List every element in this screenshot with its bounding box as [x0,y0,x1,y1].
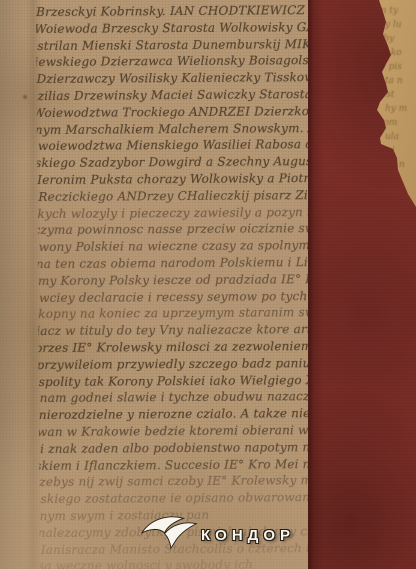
manuscript-line: iacz w tituly do tey Vny naliezacze ktor… [36,321,312,340]
manuscript-line: iewskiego Dzierzawca Wielionsky Boisagol… [36,52,310,71]
manuscript-line: sa weczne wolnosci y swobody ich [38,556,314,569]
manuscript-line: wan w Krakowie bedzie ktoremi obierani w… [37,422,313,441]
manuscript-line: przywileiom przywiedly szczego badz pani… [36,355,312,374]
manuscript-line: Ieronim Puksta chorazy Wolkowisky a Piot… [37,170,311,189]
manuscript-line: Reczickiego ANDrzey CHalieczkij pisarz Z… [38,187,311,206]
manuscript-line: zebys nij zwij samci czoby IE° Krolewsky… [39,472,313,491]
manuscript-line: Woiewodztwa Trockiego ANDRZEI Dzierzko p… [36,103,311,122]
manuscript-line: skiem i Iflanczkiem. Succesio IE° Kro Me… [36,456,313,475]
manuscript-line: skiego Szadzybor Dowgird a Szechny Augus… [36,153,311,172]
kondor-logo: КОНДОР [141,512,295,550]
manuscript-line: kych wlozyly i pieczeczy zawiesily a poz… [37,204,311,223]
red-spine-band [308,0,416,569]
manuscript-line: przes IE° Krolewsky milosci za zezwoleni… [36,338,312,357]
manuscript-line: Woiewoda Brzescky Starosta Wolkowisky GA… [36,19,310,38]
manuscript-line: na ten czas obiema narodom Polskiemu i L… [36,254,312,273]
manuscript-line: skiego zostataczone ie opisano obwarowan… [40,489,313,508]
manuscript-line: spolity tak Korony Polskiei iako Wielgie… [39,372,313,391]
manuscript-line: wciey declaracie i recessy seymow po tyc… [39,288,312,307]
manuscript-line: my Korony Polsky iescze od pradziada IE°… [38,271,312,290]
manuscript-line: woiewodztwa Mienskiego Wasiliei Rabosa c… [38,136,311,155]
kondor-logo-text: КОНДОР [201,527,295,544]
manuscript-line: nierozdzielne y nierozne czialo. A takze… [39,405,313,424]
condor-wings-icon [141,512,199,550]
manuscript-text: Brzesckyi Kobrinsky. IAN CHODTKIEWICZ Hr… [36,2,314,569]
manuscript-line: strilan Mienski Starosta Dunemburskij MI… [37,36,310,55]
manuscript-line: wony Polskiei na wieczne czasy za spolny… [39,237,312,256]
manuscript-line: zilias Drzewinsky Maciei Sawiczky Staros… [38,86,311,105]
book-cover-scan: Brzesckyi Kobrinsky. IAN CHODTKIEWICZ Hr… [0,0,416,569]
manuscript-line: kopny na koniec za uprzeymym staranim sw… [38,304,312,323]
manuscript-line: i znak zaden albo podobienstwo napotym n… [40,439,313,458]
manuscript-line: czyma powinnosc nasse przeciw oicziznie … [36,220,312,239]
manuscript-line: Brzesckyi Kobrinsky. IAN CHODTKIEWICZ Hr… [36,2,310,21]
manuscript-line: Dzierzawczy Wosilisky Kalienieczky Tissk… [36,69,310,88]
manuscript-line: nym Marschalkiem Malcherem Snowskym. AND… [36,120,311,139]
manuscript-line: nam godnei slawie i tychze obudwu nazacz… [40,388,313,407]
